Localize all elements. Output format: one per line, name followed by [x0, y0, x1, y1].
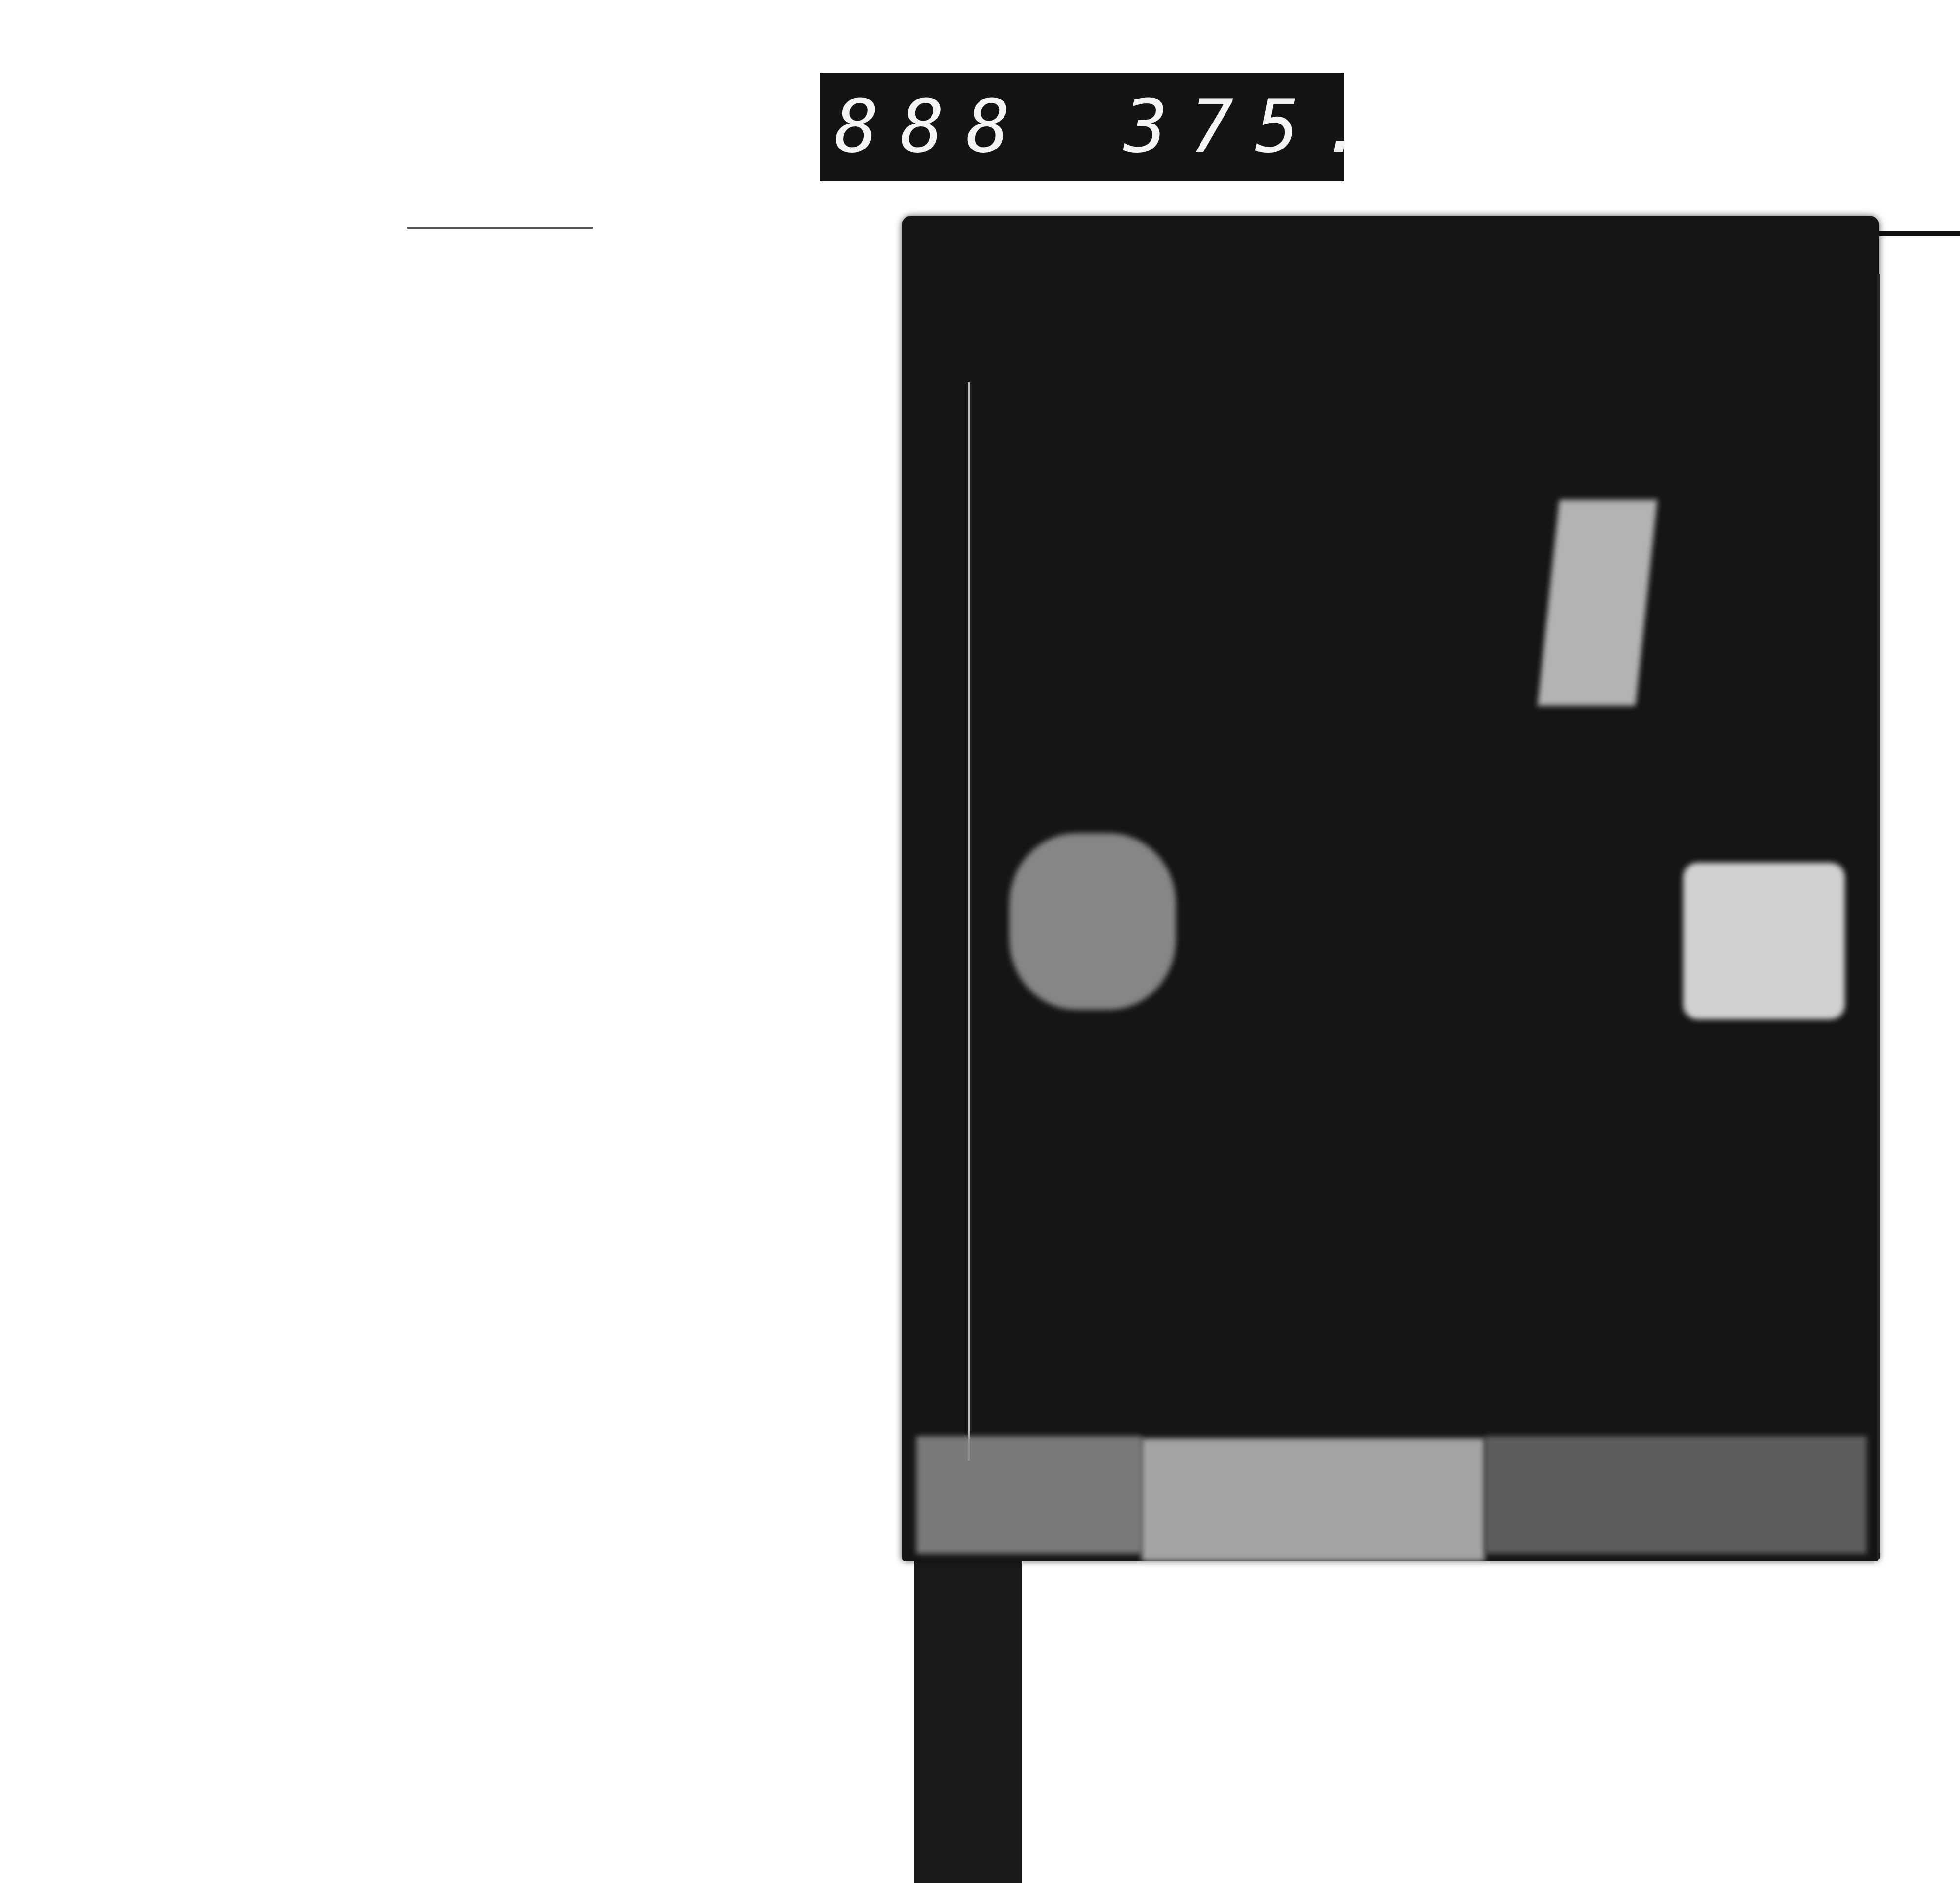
- frame-counter-left: 888: [834, 90, 1030, 164]
- cover-right-edge: [1877, 274, 1880, 1559]
- worn-patch: [1009, 833, 1176, 1010]
- worn-bottom-edge: [1485, 1436, 1867, 1554]
- scan-margin-rule: [407, 227, 593, 229]
- worn-bottom-edge: [1142, 1438, 1485, 1561]
- cover-label-remnant: [1683, 863, 1845, 1019]
- frame-counter: 888 375.: [820, 73, 1344, 181]
- frame-counter-right: 375.: [1124, 90, 1387, 164]
- spine-crease: [968, 382, 970, 1461]
- worn-bottom-edge: [916, 1436, 1142, 1554]
